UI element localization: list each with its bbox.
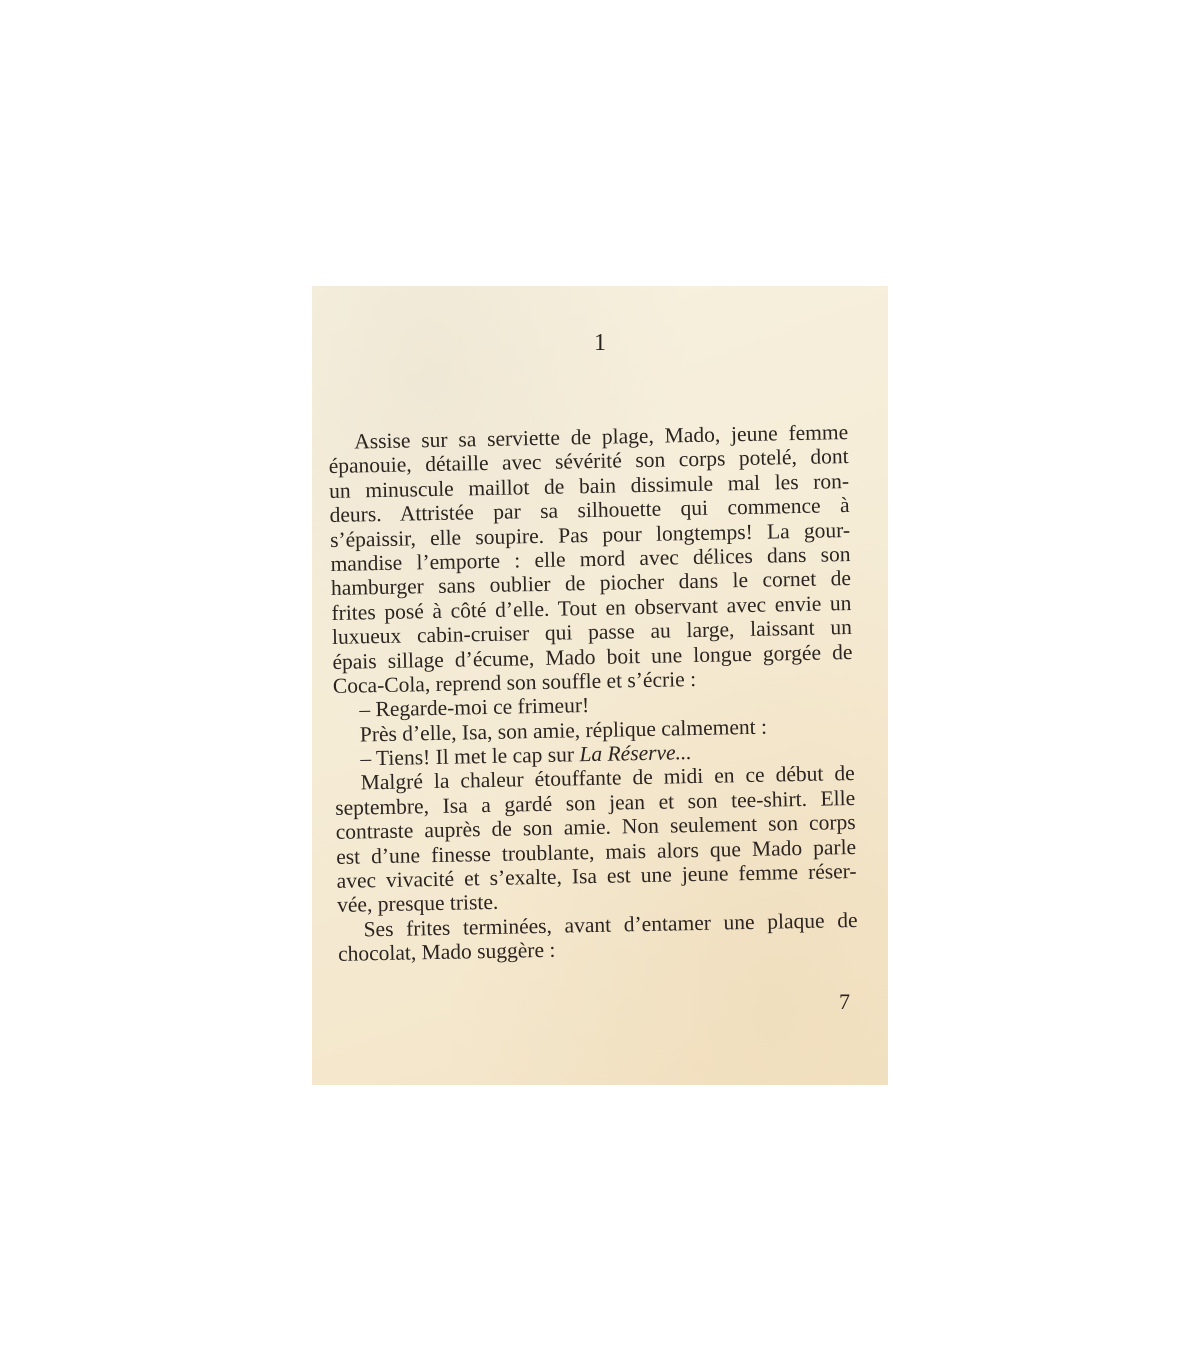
body-text: Assise sur sa serviette de plage, Mado, …	[328, 420, 858, 966]
chapter-number: 1	[312, 330, 888, 357]
dialogue-text: – Tiens! Il met le cap sur	[360, 742, 580, 770]
page-number: 7	[839, 989, 850, 1015]
book-page: 1 Assise sur sa serviette de plage, Mado…	[312, 286, 888, 1085]
italic-place-name: La Réserve...	[579, 740, 692, 766]
